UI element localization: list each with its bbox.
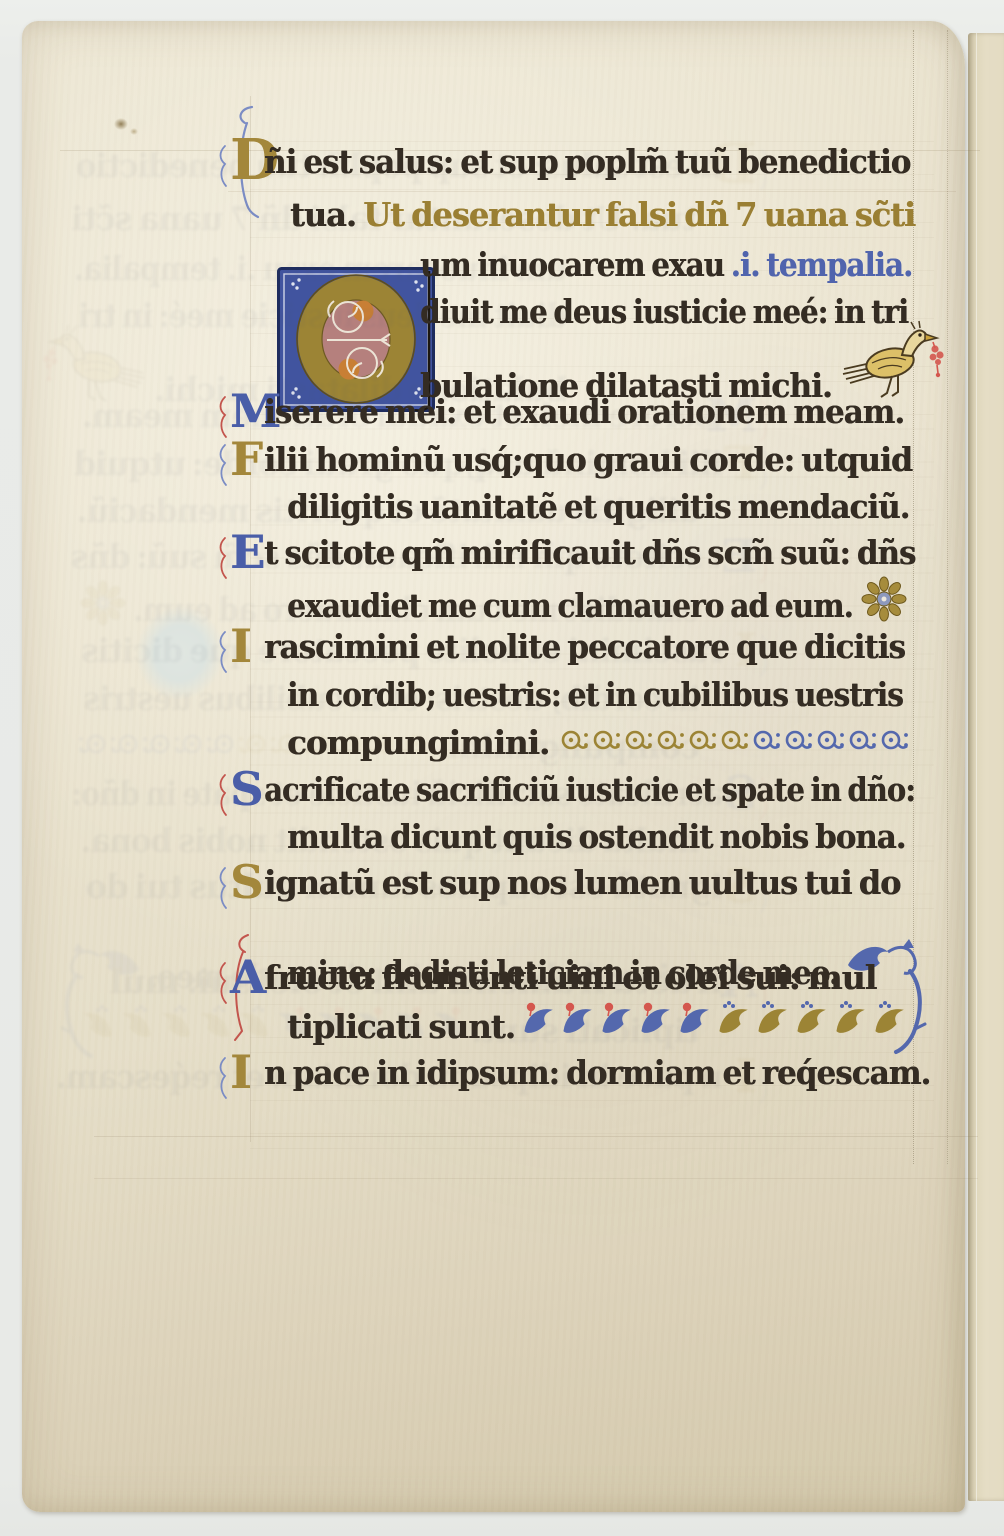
pen-filigree-icon (217, 772, 231, 818)
text-segment: rascimini et nolite peccatore que diciti… (264, 627, 905, 666)
text-segment: exaudiet me cum clamauero ad eum. (287, 586, 853, 625)
fore-edge-highlight (976, 33, 977, 1501)
text-segment: compungimini. (287, 723, 549, 762)
line-text: in cordib; uestris: et in cubilibus uest… (287, 675, 903, 715)
line-text: n pace in idipsum: dormiam et req́escam. (264, 1053, 930, 1093)
line-text: rascimini et nolite peccatore que diciti… (264, 627, 905, 667)
versal-initial: S (230, 865, 264, 899)
versal-initial: I (230, 629, 264, 663)
versal-initial: D (230, 143, 264, 177)
text-line: um inuocarem exau .i. tempalia. (420, 245, 912, 285)
line-text: diuit me deus iusticie meé: in tri (420, 292, 908, 332)
versal-initial: A (230, 960, 264, 994)
line-text: um inuocarem exau .i. tempalia. (420, 245, 912, 285)
text-line: Miserere mei: et exaudi orationem meam. (230, 392, 904, 432)
pen-filigree-icon (217, 442, 231, 488)
text-segment: tiplicati sunt. (287, 1007, 515, 1046)
text-line: in cordib; uestris: et in cubilibus uest… (287, 675, 903, 715)
text-segment: multa dicunt quis ostendit nobis bona. (287, 817, 905, 856)
text-block: Dñi est salus: et sup poplm̃ tuũ benedic… (22, 21, 965, 1512)
text-segment: diuit me deus iusticie meé: in tri (420, 292, 908, 331)
text-segment: n pace in idipsum: dormiam et req́escam. (264, 1053, 930, 1092)
text-segment: iserere mei: et exaudi orationem meam. (264, 392, 904, 431)
text-line: compungimini. (287, 723, 911, 765)
ornament-scroll (559, 723, 911, 763)
text-segment: in cordib; uestris: et in cubilibus uest… (287, 675, 903, 714)
ornament-wave (523, 999, 913, 1046)
line-text: t scitote qm̃ mirificauit dñs scm̃ suũ: … (264, 533, 915, 573)
versal-initial: I (230, 1055, 264, 1089)
text-segment: acrificate sacrificiũ iusticie et spate … (264, 770, 915, 809)
line-text: ñi est salus: et sup poplm̃ tuũ benedict… (264, 142, 910, 182)
text-segment: Ut deserantur falsi dñ 7 uana sc̃ti (363, 195, 915, 234)
text-line: Dñi est salus: et sup poplm̃ tuũ benedic… (230, 142, 910, 182)
line-text: ignatũ est sup nos lumen uultus tui do (264, 863, 900, 903)
line-text: exaudiet me cum clamauero ad eum. (287, 586, 853, 626)
line-text: tua. Ut deserantur falsi dñ 7 uana sc̃ti (290, 195, 915, 235)
text-line: Filii hominũ usq́;quo graui corde: utqui… (230, 440, 912, 480)
line-text: tiplicati sunt. (287, 1007, 515, 1047)
text-line: diligitis uanitatẽ et queritis mendaciũ. (287, 487, 909, 527)
pen-filigree-icon (217, 960, 231, 1006)
line-text: iserere mei: et exaudi orationem meam. (264, 392, 904, 432)
text-line: tua. Ut deserantur falsi dñ 7 uana sc̃ti (290, 195, 915, 235)
text-line: diuit me deus iusticie meé: in tri (420, 292, 908, 332)
text-segment: tua. (290, 195, 363, 234)
pen-filigree-icon (217, 865, 231, 911)
pen-filigree-icon (217, 1055, 231, 1101)
text-line: In pace in idipsum: dormiam et req́escam… (230, 1053, 930, 1093)
bird-with-berries-drawing (840, 311, 945, 403)
line-text: multa dicunt quis ostendit nobis bona. (287, 817, 905, 857)
text-segment: fructu frumenti uini et olei sui: mul (264, 958, 876, 997)
pen-filigree-icon (217, 535, 231, 581)
ornament-rosette (861, 576, 907, 631)
line-text: fructu frumenti uini et olei sui: mul (264, 958, 876, 998)
text-segment: um inuocarem exau (420, 245, 724, 284)
versal-initial: M (230, 394, 264, 428)
line-text: ilii hominũ usq́;quo graui corde: utquid (264, 440, 912, 480)
text-segment: ilii hominũ usq́;quo graui corde: utquid (264, 440, 912, 479)
text-line: multa dicunt quis ostendit nobis bona. (287, 817, 905, 857)
line-text: diligitis uanitatẽ et queritis mendaciũ. (287, 487, 909, 527)
pen-filigree-icon (217, 394, 231, 440)
text-segment: diligitis uanitatẽ et queritis mendaciũ. (287, 487, 909, 526)
folio-fore-edge (968, 33, 1004, 1501)
text-segment: t scitote qm̃ mirificauit dñs scm̃ suũ: … (264, 533, 915, 572)
manuscript-page: Dñi est salus: et sup poplm̃ tuũ benedic… (22, 21, 965, 1512)
versal-initial: F (230, 442, 264, 476)
pen-filigree-icon (217, 143, 231, 189)
versal-initial: S (230, 772, 264, 806)
text-segment: ignatũ est sup nos lumen uultus tui do (264, 863, 900, 902)
spiral-line-filler (559, 727, 911, 754)
wave-line-filler (523, 999, 913, 1037)
text-line: Sacrificate sacrificiũ iusticie et spate… (230, 770, 915, 810)
text-line: tiplicati sunt. (287, 1005, 913, 1052)
gold-rosette-ornament (861, 576, 907, 622)
photo-backdrop: Dñi est salus: et sup poplm̃ tuũ benedic… (0, 0, 1004, 1536)
text-line: Et scitote qm̃ mirificauit dñs scm̃ suũ:… (230, 533, 915, 573)
versal-initial: E (230, 535, 264, 569)
text-line: Irascimini et nolite peccatore que dicit… (230, 627, 905, 667)
text-line: Afructu frumenti uini et olei sui: mul (230, 958, 876, 998)
line-text: acrificate sacrificiũ iusticie et spate … (264, 770, 915, 810)
text-segment: .i. tempalia. (724, 245, 912, 284)
text-line: Signatũ est sup nos lumen uultus tui do (230, 863, 900, 903)
text-segment: ñi est salus: et sup poplm̃ tuũ benedict… (264, 142, 910, 181)
pen-filigree-icon (217, 629, 231, 675)
line-text: compungimini. (287, 723, 549, 763)
